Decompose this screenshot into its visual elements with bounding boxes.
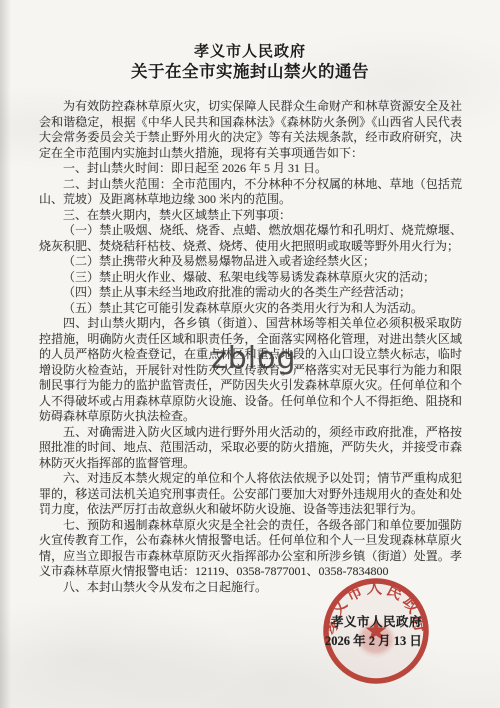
paragraph-item-7: 七、预防和遏制森林草原火灾是全社会的责任，各级各部门和单位要加强防火宣传教育工作…: [39, 518, 462, 580]
paragraph-item-3: 三、在禁火期内，禁火区域禁止下列事项：: [39, 208, 462, 224]
paragraph-item-6: 六、对违反本禁火规定的单位和个人将依法依规予以处罚；情节严重构成犯罪的，移送司法…: [39, 471, 462, 518]
title-subject: 关于在全市实施封山禁火的通告: [0, 62, 500, 83]
paragraph-item-3-1: （一）禁止吸烟、烧纸、烧香、点蜡、燃放烟花爆竹和孔明灯、烧荒燎堰、烧灰积肥、焚烧…: [39, 223, 462, 254]
paragraph-item-1: 一、封山禁火时间：即日起至 2026 年 5 月 31 日。: [39, 161, 462, 177]
signature-date: 2026 年 2 月 13 日: [325, 631, 422, 649]
title-issuer: 孝义市人民政府: [0, 42, 500, 62]
paragraph-item-2: 二、封山禁火范围：全市范围内，不分林种不分权属的林地、草地（包括荒山、荒坡）及距…: [39, 177, 462, 208]
paragraph-intro: 为有效防控森林草原火灾，切实保障人民群众生命财产和林草资源安全及社会和谐稳定，根…: [39, 99, 462, 161]
document-body: 为有效防控森林草原火灾，切实保障人民群众生命财产和林草资源安全及社会和谐稳定，根…: [39, 99, 462, 595]
paragraph-item-3-2: （二）禁止携带火种及易燃易爆物品进入或者途经禁火区；: [39, 254, 462, 270]
paragraph-item-4: 四、封山禁火期内，各乡镇（街道）、国营林场等相关单位必须积极采取防控措施，明确防…: [39, 316, 462, 425]
paragraph-item-3-3: （三）禁止明火作业、爆破、私架电线等易诱发森林草原火灾的活动；: [39, 270, 462, 286]
signature-issuer: 孝义市人民政府: [331, 612, 422, 630]
document-title: 孝义市人民政府 关于在全市实施封山禁火的通告: [0, 42, 500, 83]
paragraph-item-3-5: （五）禁止其它可能引发森林草原火灾的各类用火行为和人为活动。: [39, 301, 462, 317]
paragraph-item-3-4: （四）禁止从事未经当地政府批准的需动火的各类生产经营活动；: [39, 285, 462, 301]
paragraph-item-5: 五、对确需进入防火区域内进行野外用火活动的，须经市政府批准，严格按照批准的时间、…: [39, 425, 462, 472]
document-page: 孝义市人民政府 关于在全市实施封山禁火的通告 为有效防控森林草原火灾，切实保障人…: [0, 0, 500, 708]
